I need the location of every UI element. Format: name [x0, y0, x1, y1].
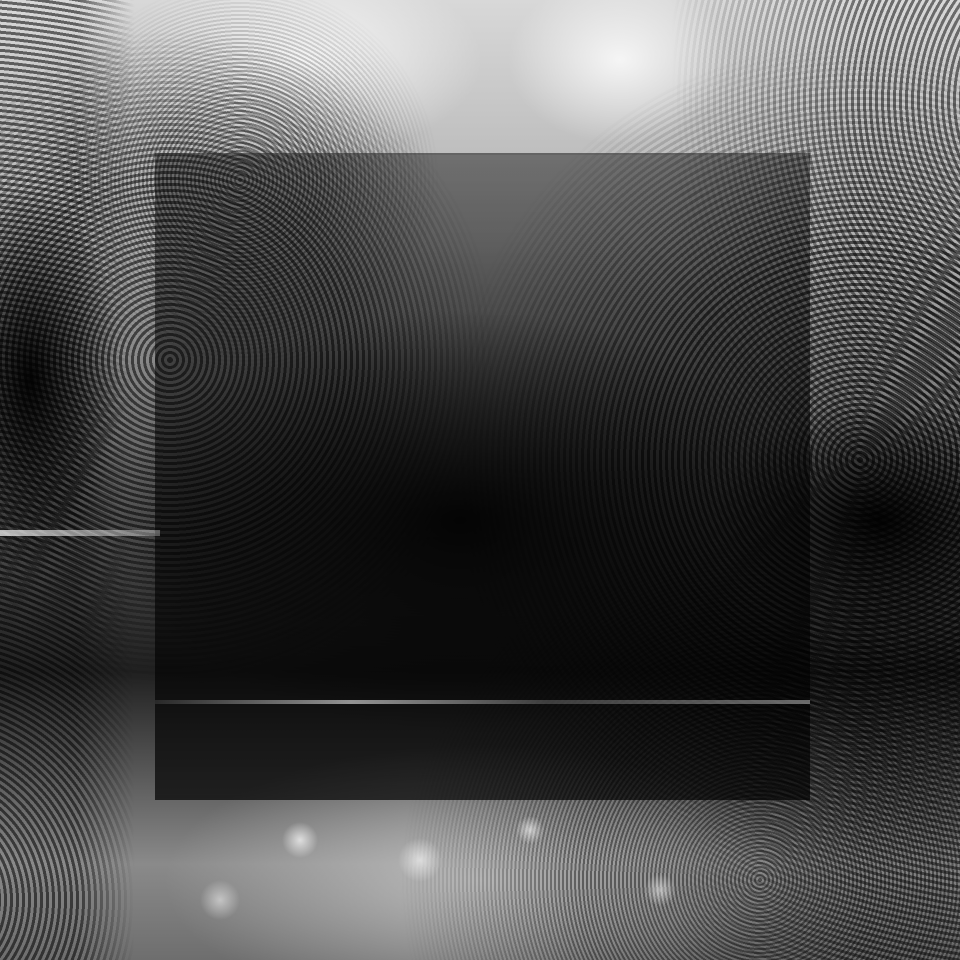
speckled-lower-region [100, 800, 860, 960]
artwork-canvas [0, 0, 960, 960]
left-light-streak [0, 530, 160, 536]
overlay-top-edge [155, 153, 810, 155]
horizontal-light-streak [155, 700, 810, 704]
